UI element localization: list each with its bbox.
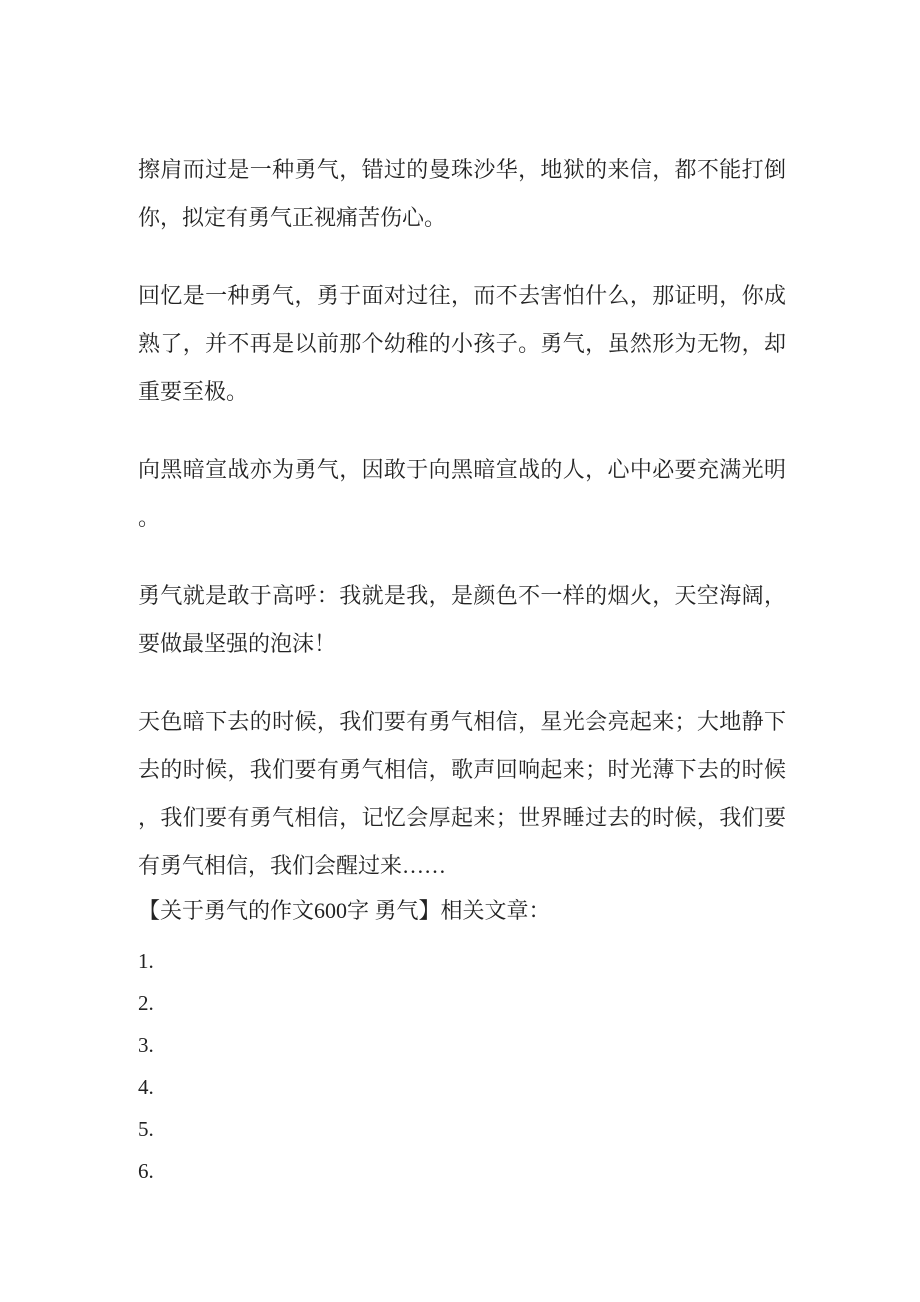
related-article-item-4: 4.	[138, 1066, 786, 1108]
essay-paragraph-4: 勇气就是敢于高呼：我就是我，是颜色不一样的烟火，天空海阔，要做最坚强的泡沫！	[138, 572, 786, 668]
related-articles-heading: 【关于勇气的作文600字 勇气】相关文章：	[138, 890, 786, 932]
essay-paragraph-1: 擦肩而过是一种勇气，错过的曼珠沙华，地狱的来信，都不能打倒你，拟定有勇气正视痛苦…	[138, 146, 786, 242]
related-articles-list: 1. 2. 3. 4. 5. 6.	[138, 940, 786, 1192]
document-page: 擦肩而过是一种勇气，错过的曼珠沙华，地狱的来信，都不能打倒你，拟定有勇气正视痛苦…	[0, 0, 920, 1302]
essay-paragraph-5: 天色暗下去的时候，我们要有勇气相信，星光会亮起来；大地静下去的时候，我们要有勇气…	[138, 698, 786, 890]
related-article-item-6: 6.	[138, 1150, 786, 1192]
related-article-item-2: 2.	[138, 982, 786, 1024]
essay-paragraph-3: 向黑暗宣战亦为勇气，因敢于向黑暗宣战的人，心中必要充满光明。	[138, 446, 786, 542]
related-article-item-1: 1.	[138, 940, 786, 982]
related-article-item-5: 5.	[138, 1108, 786, 1150]
essay-paragraph-2: 回忆是一种勇气，勇于面对过往，而不去害怕什么，那证明，你成熟了，并不再是以前那个…	[138, 272, 786, 416]
related-article-item-3: 3.	[138, 1024, 786, 1066]
